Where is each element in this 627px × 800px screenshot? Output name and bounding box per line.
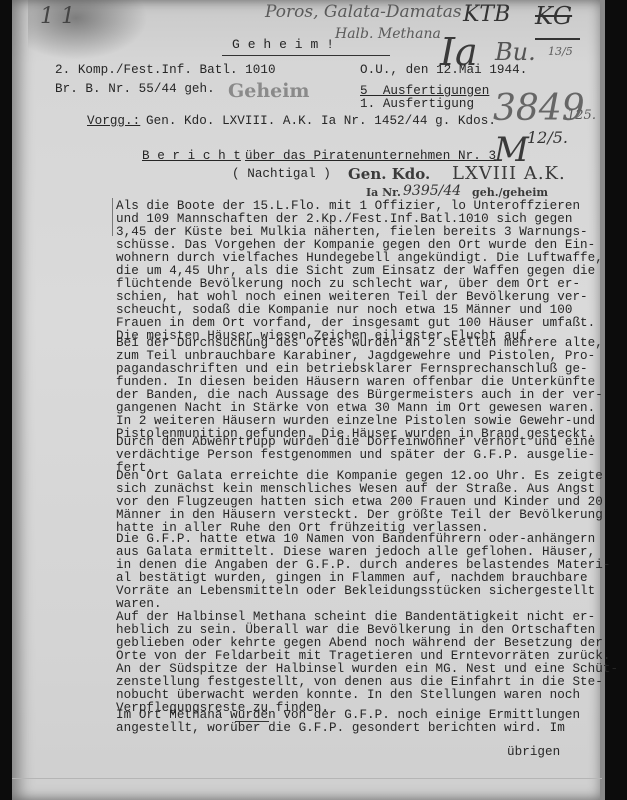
underline-von: [235, 721, 269, 722]
continuation-word: übrigen: [507, 746, 560, 759]
stamp-ia-label: Ia Nr.: [366, 186, 401, 199]
handwritten-kg: KG: [535, 2, 572, 30]
reference-label: Vorgg.:: [87, 115, 140, 128]
paragraph-1: Als die Boote der 15.L.Flo. mit 1 Offizi…: [116, 200, 603, 343]
stamp-gen-kdo: Gen. Kdo.: [348, 165, 430, 183]
paragraph-7: Im Ort Methana wurden von der G.F.P. noc…: [116, 709, 580, 735]
margin-mark: [112, 198, 113, 236]
page-fold-line: [12, 778, 602, 779]
sender-reference: Br. B. Nr. 55/44 geh.: [55, 83, 215, 96]
stamp-geh: geh./geheim: [472, 186, 548, 199]
paragraph-2: Bei der Durchsuchung des Ortes wurden an…: [116, 337, 603, 441]
paragraph-4: Den Ort Galata erreichte die Kompanie ge…: [116, 470, 603, 535]
text-line: angestellt, worüber die G.F.P. gesondert…: [116, 722, 580, 735]
report-title-rest: über das Piratenunternehmen Nr. 3: [245, 150, 496, 163]
handwritten-mark-top-left: 1 1: [40, 4, 75, 29]
text-line: Vorräte an Lebensmitteln oder Bekleidung…: [116, 585, 611, 598]
report-title-bericht: B e r i c h t: [142, 150, 241, 163]
report-subtitle: ( Nachtigal ): [232, 168, 331, 181]
stamp-corps: LXVIII A.K.: [452, 163, 566, 184]
sender-unit: 2. Komp./Fest.Inf. Batl. 1010: [55, 64, 276, 77]
reference-text: Gen. Kdo. LXVIII. A.K. Ia Nr. 1452/44 g.…: [146, 115, 496, 128]
handwritten-date: 12/5.: [527, 128, 568, 147]
place-date: O.U., den 12.Mai 1944.: [360, 64, 527, 77]
copy-number: 1. Ausfertigung: [360, 98, 474, 111]
handwritten-place-note-1: Poros, Galata-Damatas: [265, 2, 462, 22]
handwritten-ia-number: 9395/44: [403, 183, 461, 199]
stamp-secret: Geheim: [228, 80, 310, 102]
handwritten-initials: Bu.: [495, 38, 536, 66]
paragraph-6: Auf der Halbinsel Methana scheint die Ba…: [116, 611, 618, 715]
handwritten-place-note-2: Halb. Methana: [335, 26, 441, 42]
paragraph-5: Die G.F.P. hatte etwa 10 Namen von Bande…: [116, 533, 611, 611]
handwritten-ktb: KTB: [463, 2, 510, 27]
kg-underline: [535, 38, 580, 40]
text-line: verdächtige Person festgenommen und spät…: [116, 449, 595, 462]
classification-heading: G e h e i m !: [232, 38, 334, 51]
handwritten-registry-suffix: 125.: [567, 108, 596, 123]
classification-underline: [222, 55, 390, 56]
handwritten-kg-date: 13/5: [548, 45, 573, 58]
